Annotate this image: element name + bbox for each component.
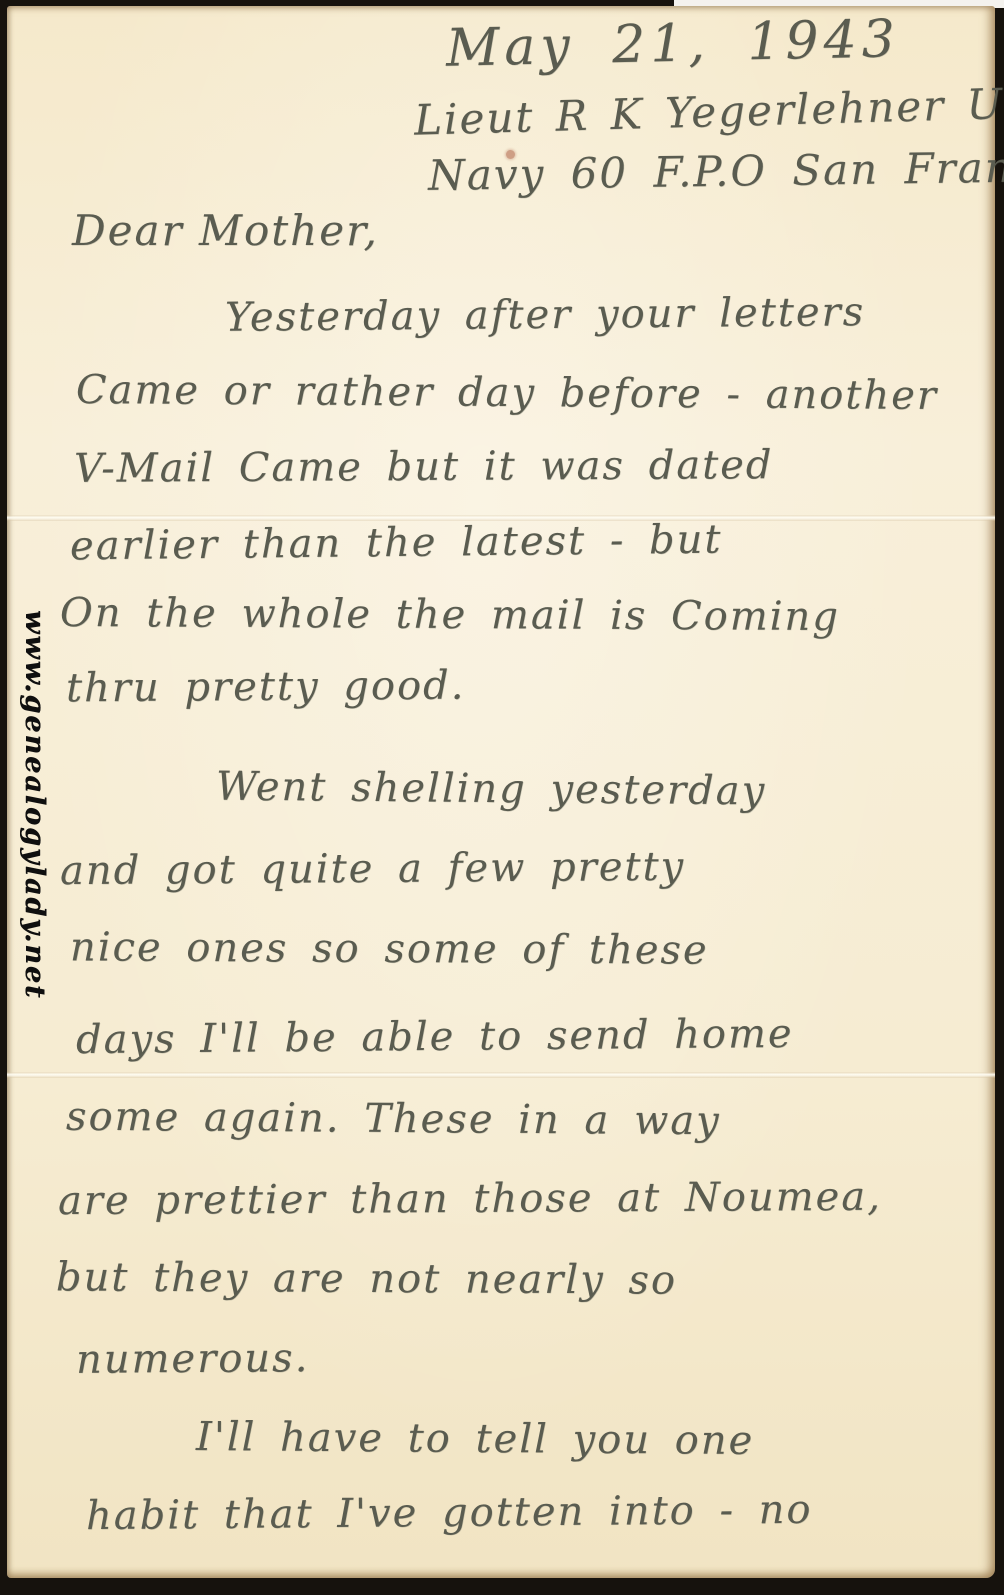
date-line: May 21, 1943 <box>445 9 900 78</box>
letter-line: nice ones so some of these <box>70 924 709 973</box>
letter-line: V-Mail Came but it was dated <box>74 442 774 492</box>
letter-line: days I'll be able to send home <box>76 1011 794 1063</box>
letter-line: Went shelling yesterday <box>216 764 767 815</box>
letter-line: Yesterday after your letters <box>225 289 866 341</box>
letter-line: but they are not nearly so <box>56 1254 677 1303</box>
fold-crease <box>7 1072 995 1078</box>
letter-line: On the whole the mail is Coming <box>60 590 840 640</box>
letter-line: habit that I've gotten into - no <box>86 1487 813 1539</box>
address-line: Navy 60 F.P.O San Francisco <box>428 141 1004 200</box>
letter-line: I'll have to tell you one <box>196 1414 755 1464</box>
letter-line: Came or rather day before - another <box>76 367 938 419</box>
letter-line: some again. These in a way <box>66 1094 721 1145</box>
watermark: www.genealogylady.net <box>19 610 50 1000</box>
letter-line: numerous. <box>76 1335 310 1383</box>
letter-line: are prettier than those at Noumea, <box>58 1174 882 1224</box>
letter-line: earlier than the latest - but <box>70 517 723 570</box>
salutation: Dear Mother, <box>72 206 379 255</box>
letter-line: thru pretty good. <box>66 663 466 712</box>
letter-line: and got quite a few pretty <box>60 844 685 894</box>
